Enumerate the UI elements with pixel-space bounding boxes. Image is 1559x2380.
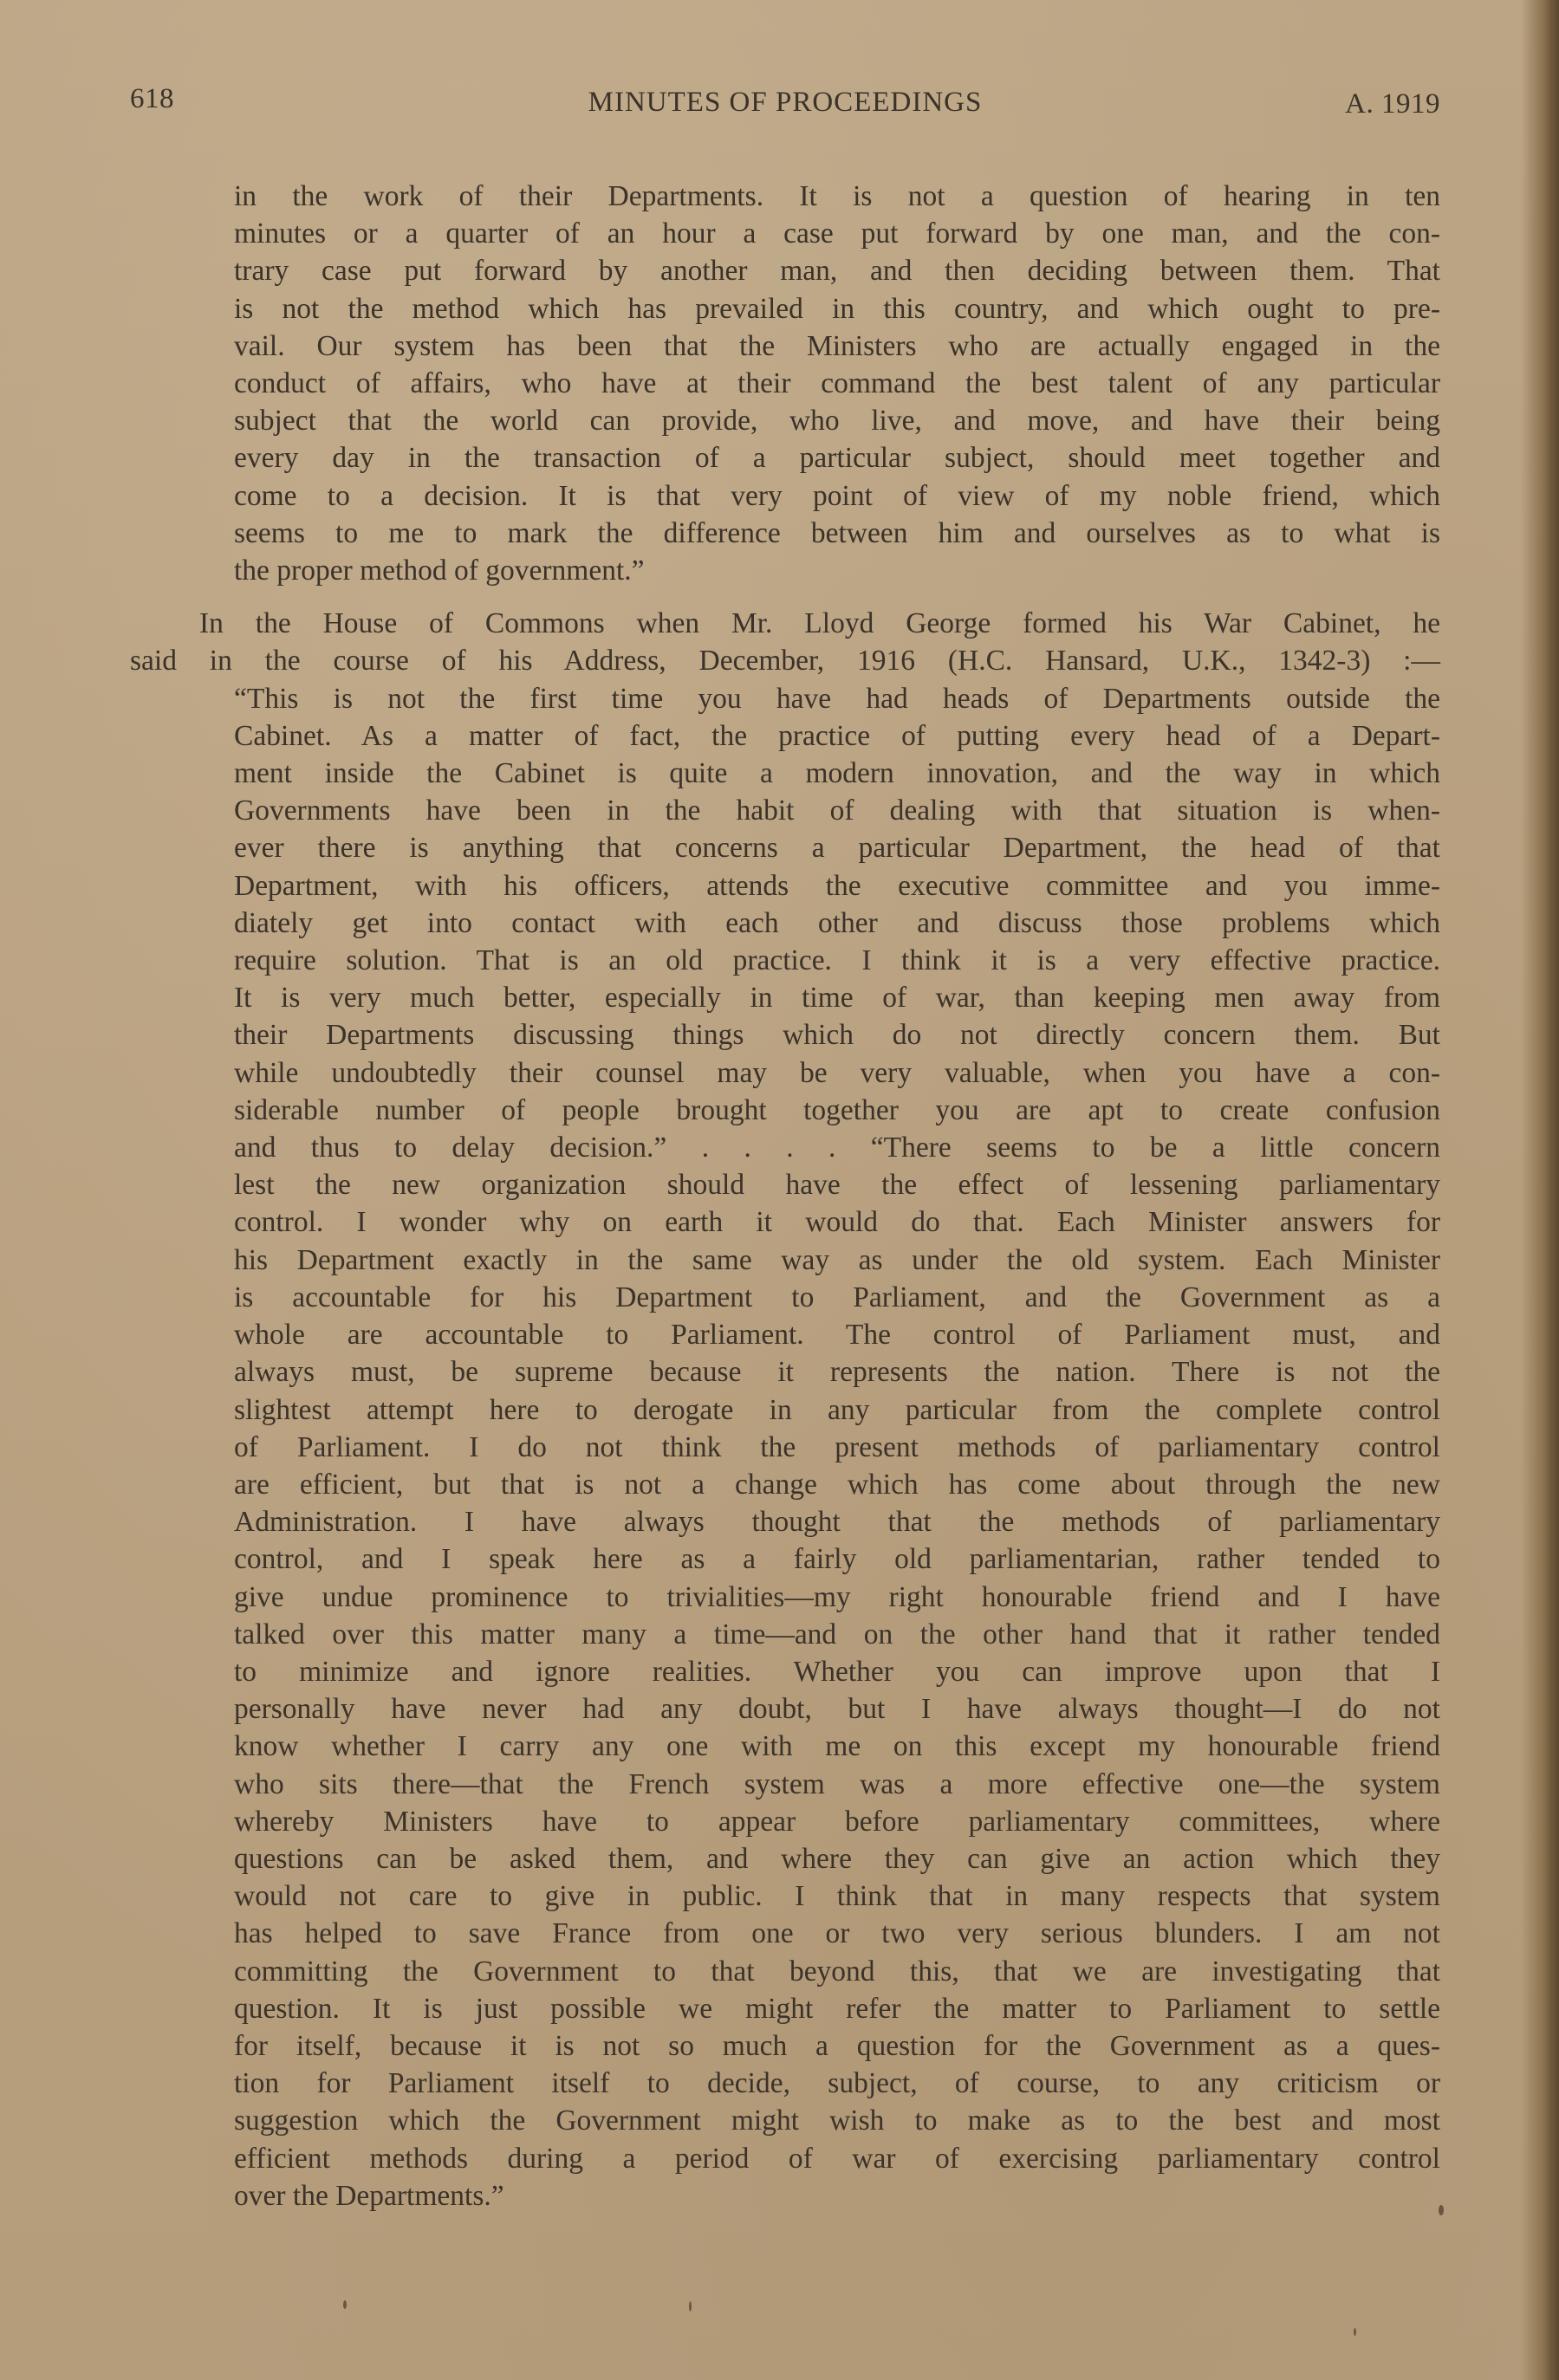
- scanned-page: 618 MINUTES OF PROCEEDINGS A. 1919 in th…: [0, 0, 1559, 2380]
- text-line: control, and I speak here as a fairly ol…: [234, 1540, 1440, 1578]
- narrative-paragraph: In the House of Commons when Mr. Lloyd G…: [130, 605, 1440, 679]
- text-line: committing the Government to that beyond…: [234, 1953, 1440, 1990]
- text-line: Administration. I have always thought th…: [234, 1503, 1440, 1540]
- text-line: whole are accountable to Parliament. The…: [234, 1316, 1440, 1353]
- text-line: subject that the world can provide, who …: [234, 402, 1440, 439]
- text-line: give undue prominence to trivialities—my…: [234, 1579, 1440, 1616]
- quote-continued: in the work of their Departments. It is …: [234, 178, 1440, 589]
- text-line: always must, be supreme because it repre…: [234, 1353, 1440, 1391]
- text-line: require solution. That is an old practic…: [234, 942, 1440, 979]
- text-line: ment inside the Cabinet is quite a moder…: [234, 755, 1440, 792]
- text-line: “This is not the first time you have had…: [234, 680, 1440, 717]
- text-line: Governments have been in the habit of de…: [234, 792, 1440, 829]
- text-line: tion for Parliament itself to decide, su…: [234, 2065, 1440, 2102]
- text-line: Cabinet. As a matter of fact, the practi…: [234, 717, 1440, 755]
- text-line: his Department exactly in the same way a…: [234, 1242, 1440, 1279]
- text-line: ever there is anything that concerns a p…: [234, 829, 1440, 866]
- text-line: questions can be asked them, and where t…: [234, 1840, 1440, 1877]
- running-title: MINUTES OF PROCEEDINGS: [130, 87, 1440, 119]
- text-line: conduct of affairs, who have at their co…: [234, 365, 1440, 402]
- text-line: would not care to give in public. I thin…: [234, 1877, 1440, 1915]
- text-line: who sits there—that the French system wa…: [234, 1766, 1440, 1803]
- text-line: over the Departments.”: [234, 2177, 1440, 2215]
- text-line: seems to me to mark the difference betwe…: [234, 515, 1440, 552]
- text-line: said in the course of his Address, Decem…: [130, 642, 1440, 679]
- text-line: suggestion which the Government might wi…: [234, 2102, 1440, 2139]
- text-line: It is very much better, especially in ti…: [234, 979, 1440, 1016]
- text-line: question. It is just possible we might r…: [234, 1990, 1440, 2027]
- text-line: has helped to save France from one or tw…: [234, 1915, 1440, 1952]
- text-line: minutes or a quarter of an hour a case p…: [234, 215, 1440, 252]
- text-line: slightest attempt here to derogate in an…: [234, 1391, 1440, 1429]
- page-edge-shadow: [1521, 0, 1559, 2380]
- text-line: talked over this matter many a time—and …: [234, 1616, 1440, 1653]
- body-text: in the work of their Departments. It is …: [130, 178, 1440, 2215]
- session-year: A. 1919: [1345, 88, 1440, 120]
- text-line: their Departments discussing things whic…: [234, 1016, 1440, 1054]
- text-line: diately get into contact with each other…: [234, 905, 1440, 942]
- text-line: is not the method which has prevailed in…: [234, 290, 1440, 327]
- text-line: come to a decision. It is that very poin…: [234, 477, 1440, 515]
- text-line: every day in the transaction of a partic…: [234, 439, 1440, 477]
- paper-speck: [689, 2301, 692, 2312]
- text-line: In the House of Commons when Mr. Lloyd G…: [130, 605, 1440, 642]
- running-head: 618 MINUTES OF PROCEEDINGS A. 1919: [130, 83, 1440, 126]
- text-line: are efficient, but that is not a change …: [234, 1466, 1440, 1503]
- text-line: lest the new organization should have th…: [234, 1166, 1440, 1203]
- lloyd-george-quote: “This is not the first time you have had…: [234, 680, 1440, 2215]
- text-line: is accountable for his Department to Par…: [234, 1279, 1440, 1316]
- text-line: know whether I carry any one with me on …: [234, 1728, 1440, 1765]
- text-line: while undoubtedly their counsel may be v…: [234, 1054, 1440, 1092]
- text-line: efficient methods during a period of war…: [234, 2140, 1440, 2177]
- text-line: and thus to delay decision.” . . . . “Th…: [234, 1129, 1440, 1166]
- text-line: siderable number of people brought toget…: [234, 1092, 1440, 1129]
- text-line: Department, with his officers, attends t…: [234, 867, 1440, 905]
- text-line: in the work of their Departments. It is …: [234, 178, 1440, 215]
- paper-speck: [1354, 2328, 1356, 2336]
- text-line: personally have never had any doubt, but…: [234, 1690, 1440, 1728]
- text-line: vail. Our system has been that the Minis…: [234, 327, 1440, 365]
- text-line: control. I wonder why on earth it would …: [234, 1203, 1440, 1241]
- text-line: to minimize and ignore realities. Whethe…: [234, 1653, 1440, 1690]
- text-line: whereby Ministers have to appear before …: [234, 1803, 1440, 1840]
- text-line: the proper method of government.”: [234, 552, 1440, 589]
- text-line: of Parliament. I do not think the presen…: [234, 1429, 1440, 1466]
- text-line: trary case put forward by another man, a…: [234, 252, 1440, 289]
- paper-speck: [1439, 2205, 1444, 2215]
- text-line: for itself, because it is not so much a …: [234, 2027, 1440, 2065]
- paper-speck: [343, 2300, 347, 2309]
